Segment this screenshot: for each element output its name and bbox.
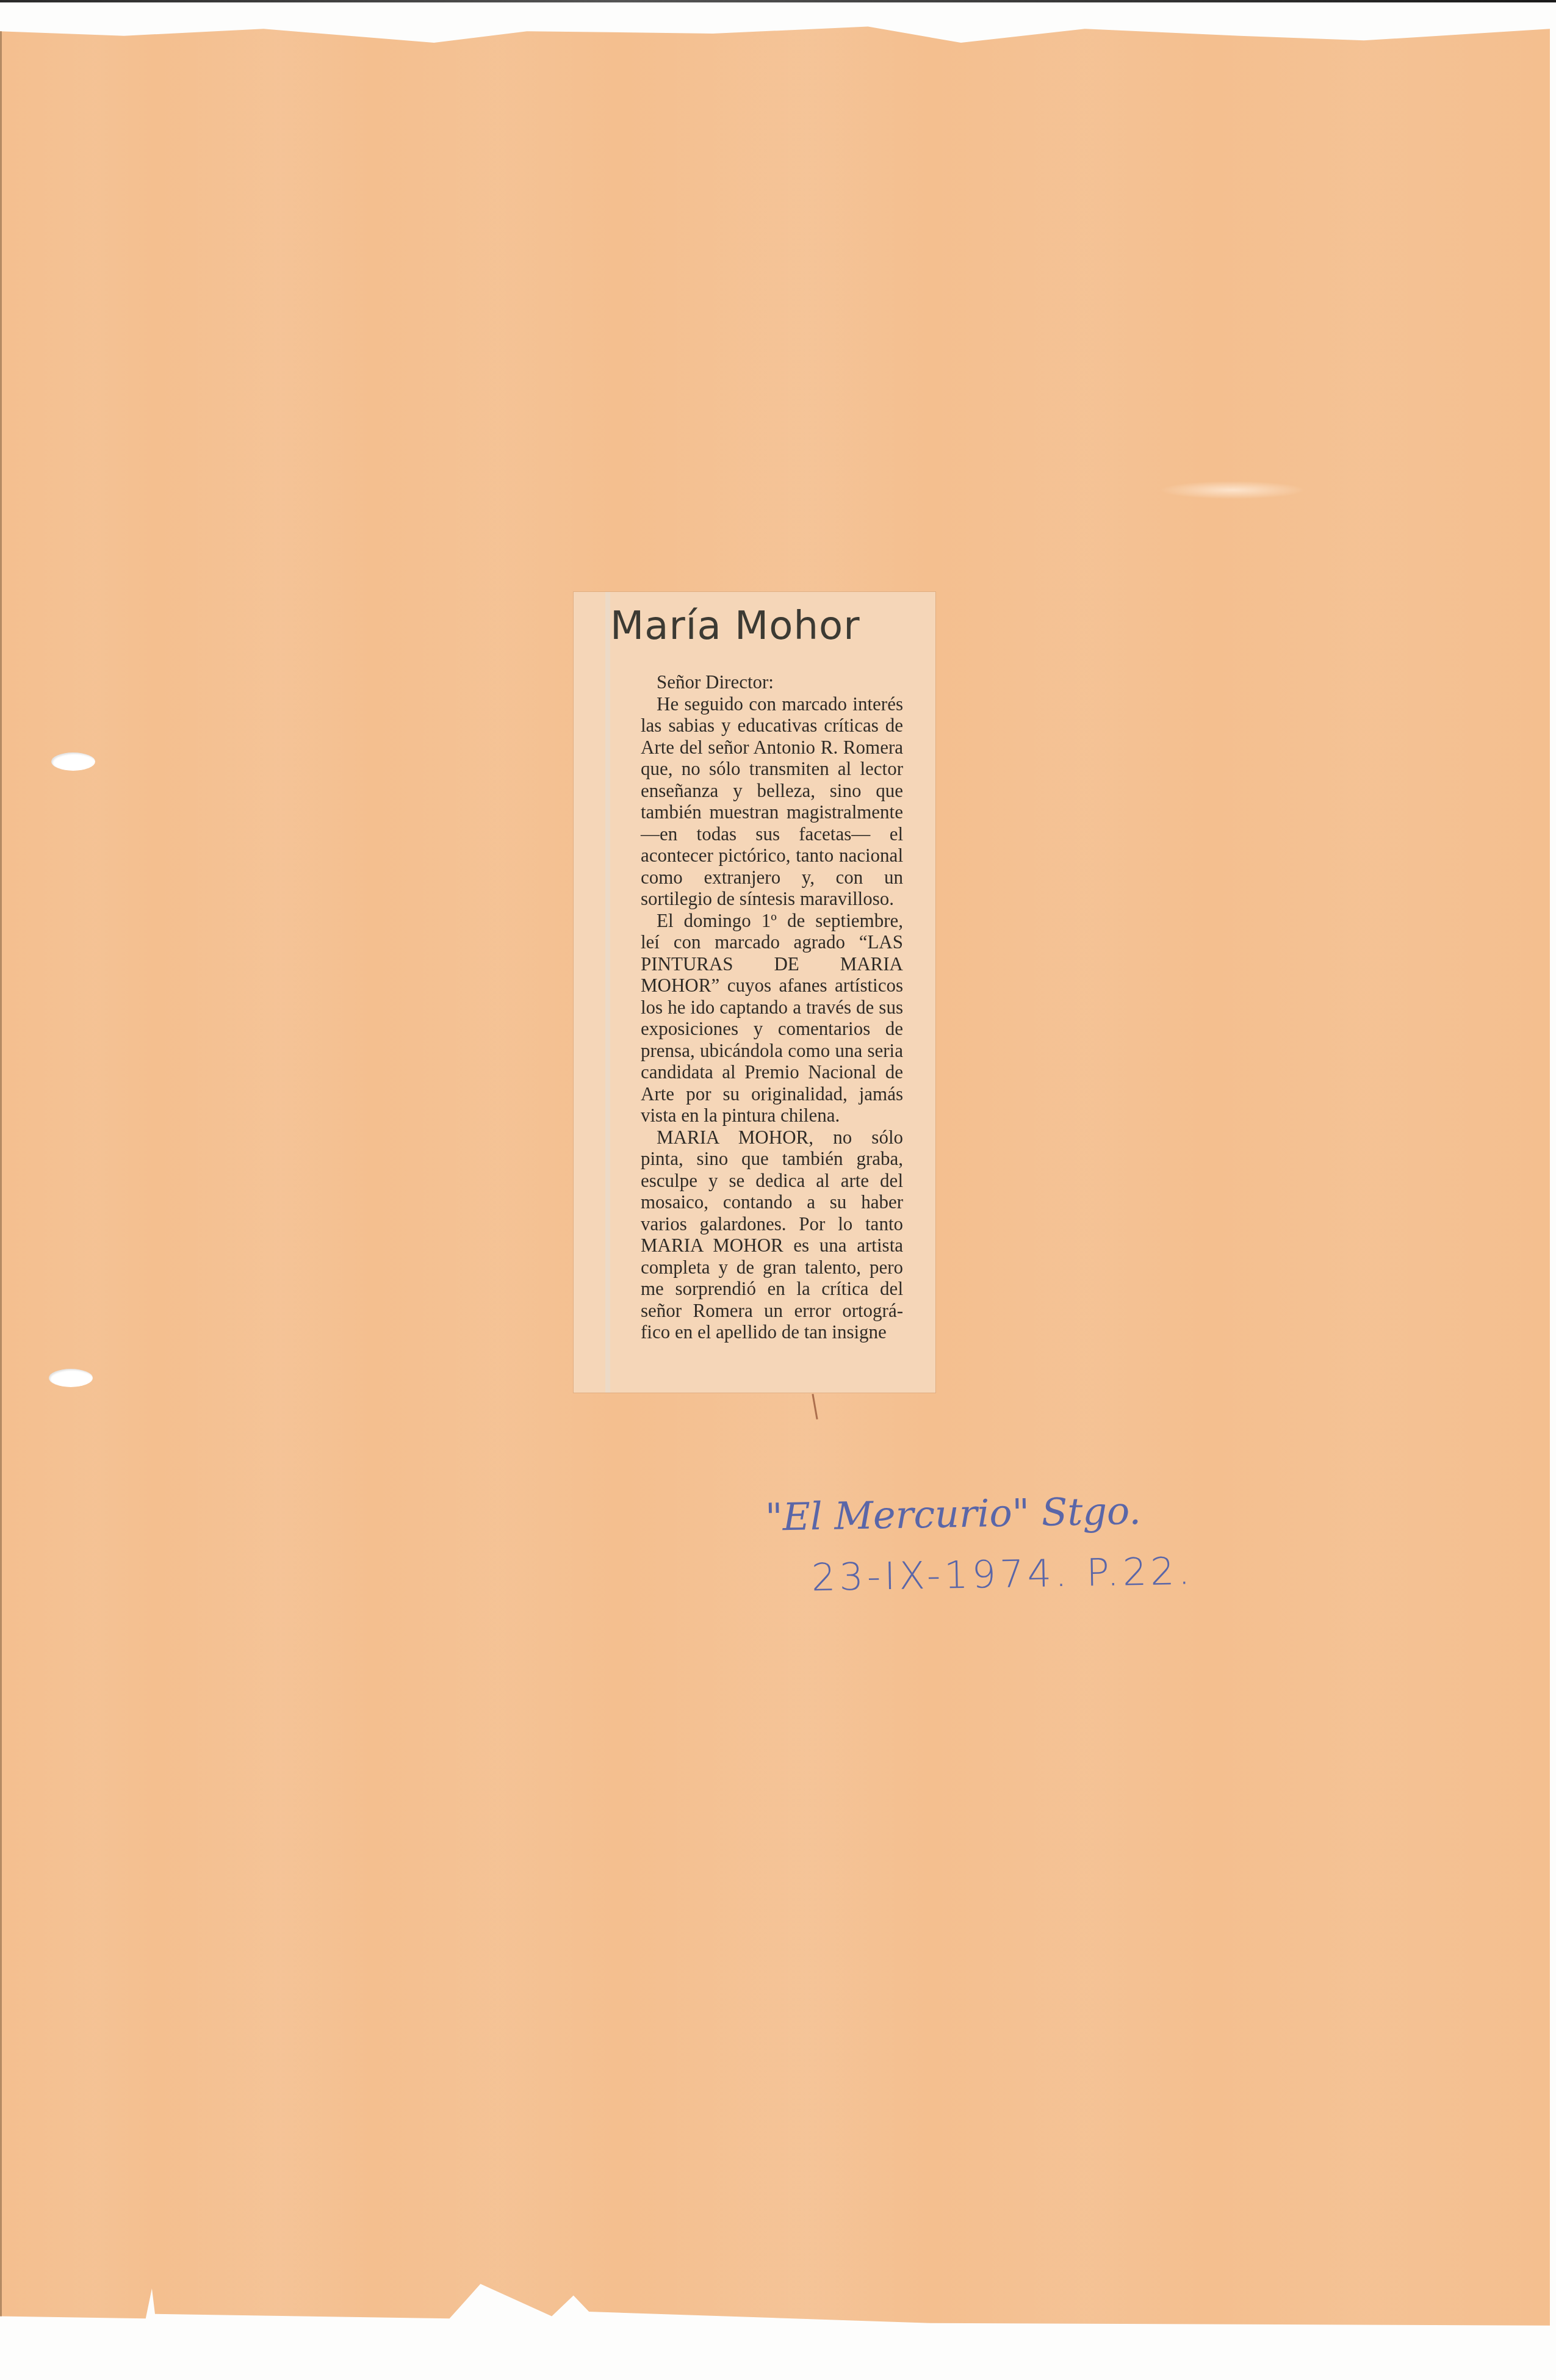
paragraph-1: He seguido con marcado interés las sabia… [641,693,903,910]
clipping-headline: María Mohor [610,603,860,650]
paper-smudge [1159,481,1306,499]
paragraph-3: MARIA MOHOR, no sólo pinta, sino que tam… [641,1127,903,1343]
handwritten-source-note: "El Mercurio" Stgo. 23-IX-1974. P.22. [765,1479,1230,1609]
salutation: Señor Director: [641,671,903,693]
paragraph-2: El domingo 1º de septiembre, leí con mar… [641,910,903,1127]
scanner-edge [0,0,1556,2]
source-date-page: 23-IX-1974. P.22. [766,1540,1231,1609]
source-newspaper: "El Mercurio" Stgo. [765,1479,1230,1548]
punch-hole-bottom [49,1369,93,1387]
newspaper-clipping: María Mohor Señor Director: He seguido c… [574,592,935,1393]
letter-body: Señor Director: He seguido con marcado i… [641,671,903,1343]
punch-hole-top [51,752,95,771]
